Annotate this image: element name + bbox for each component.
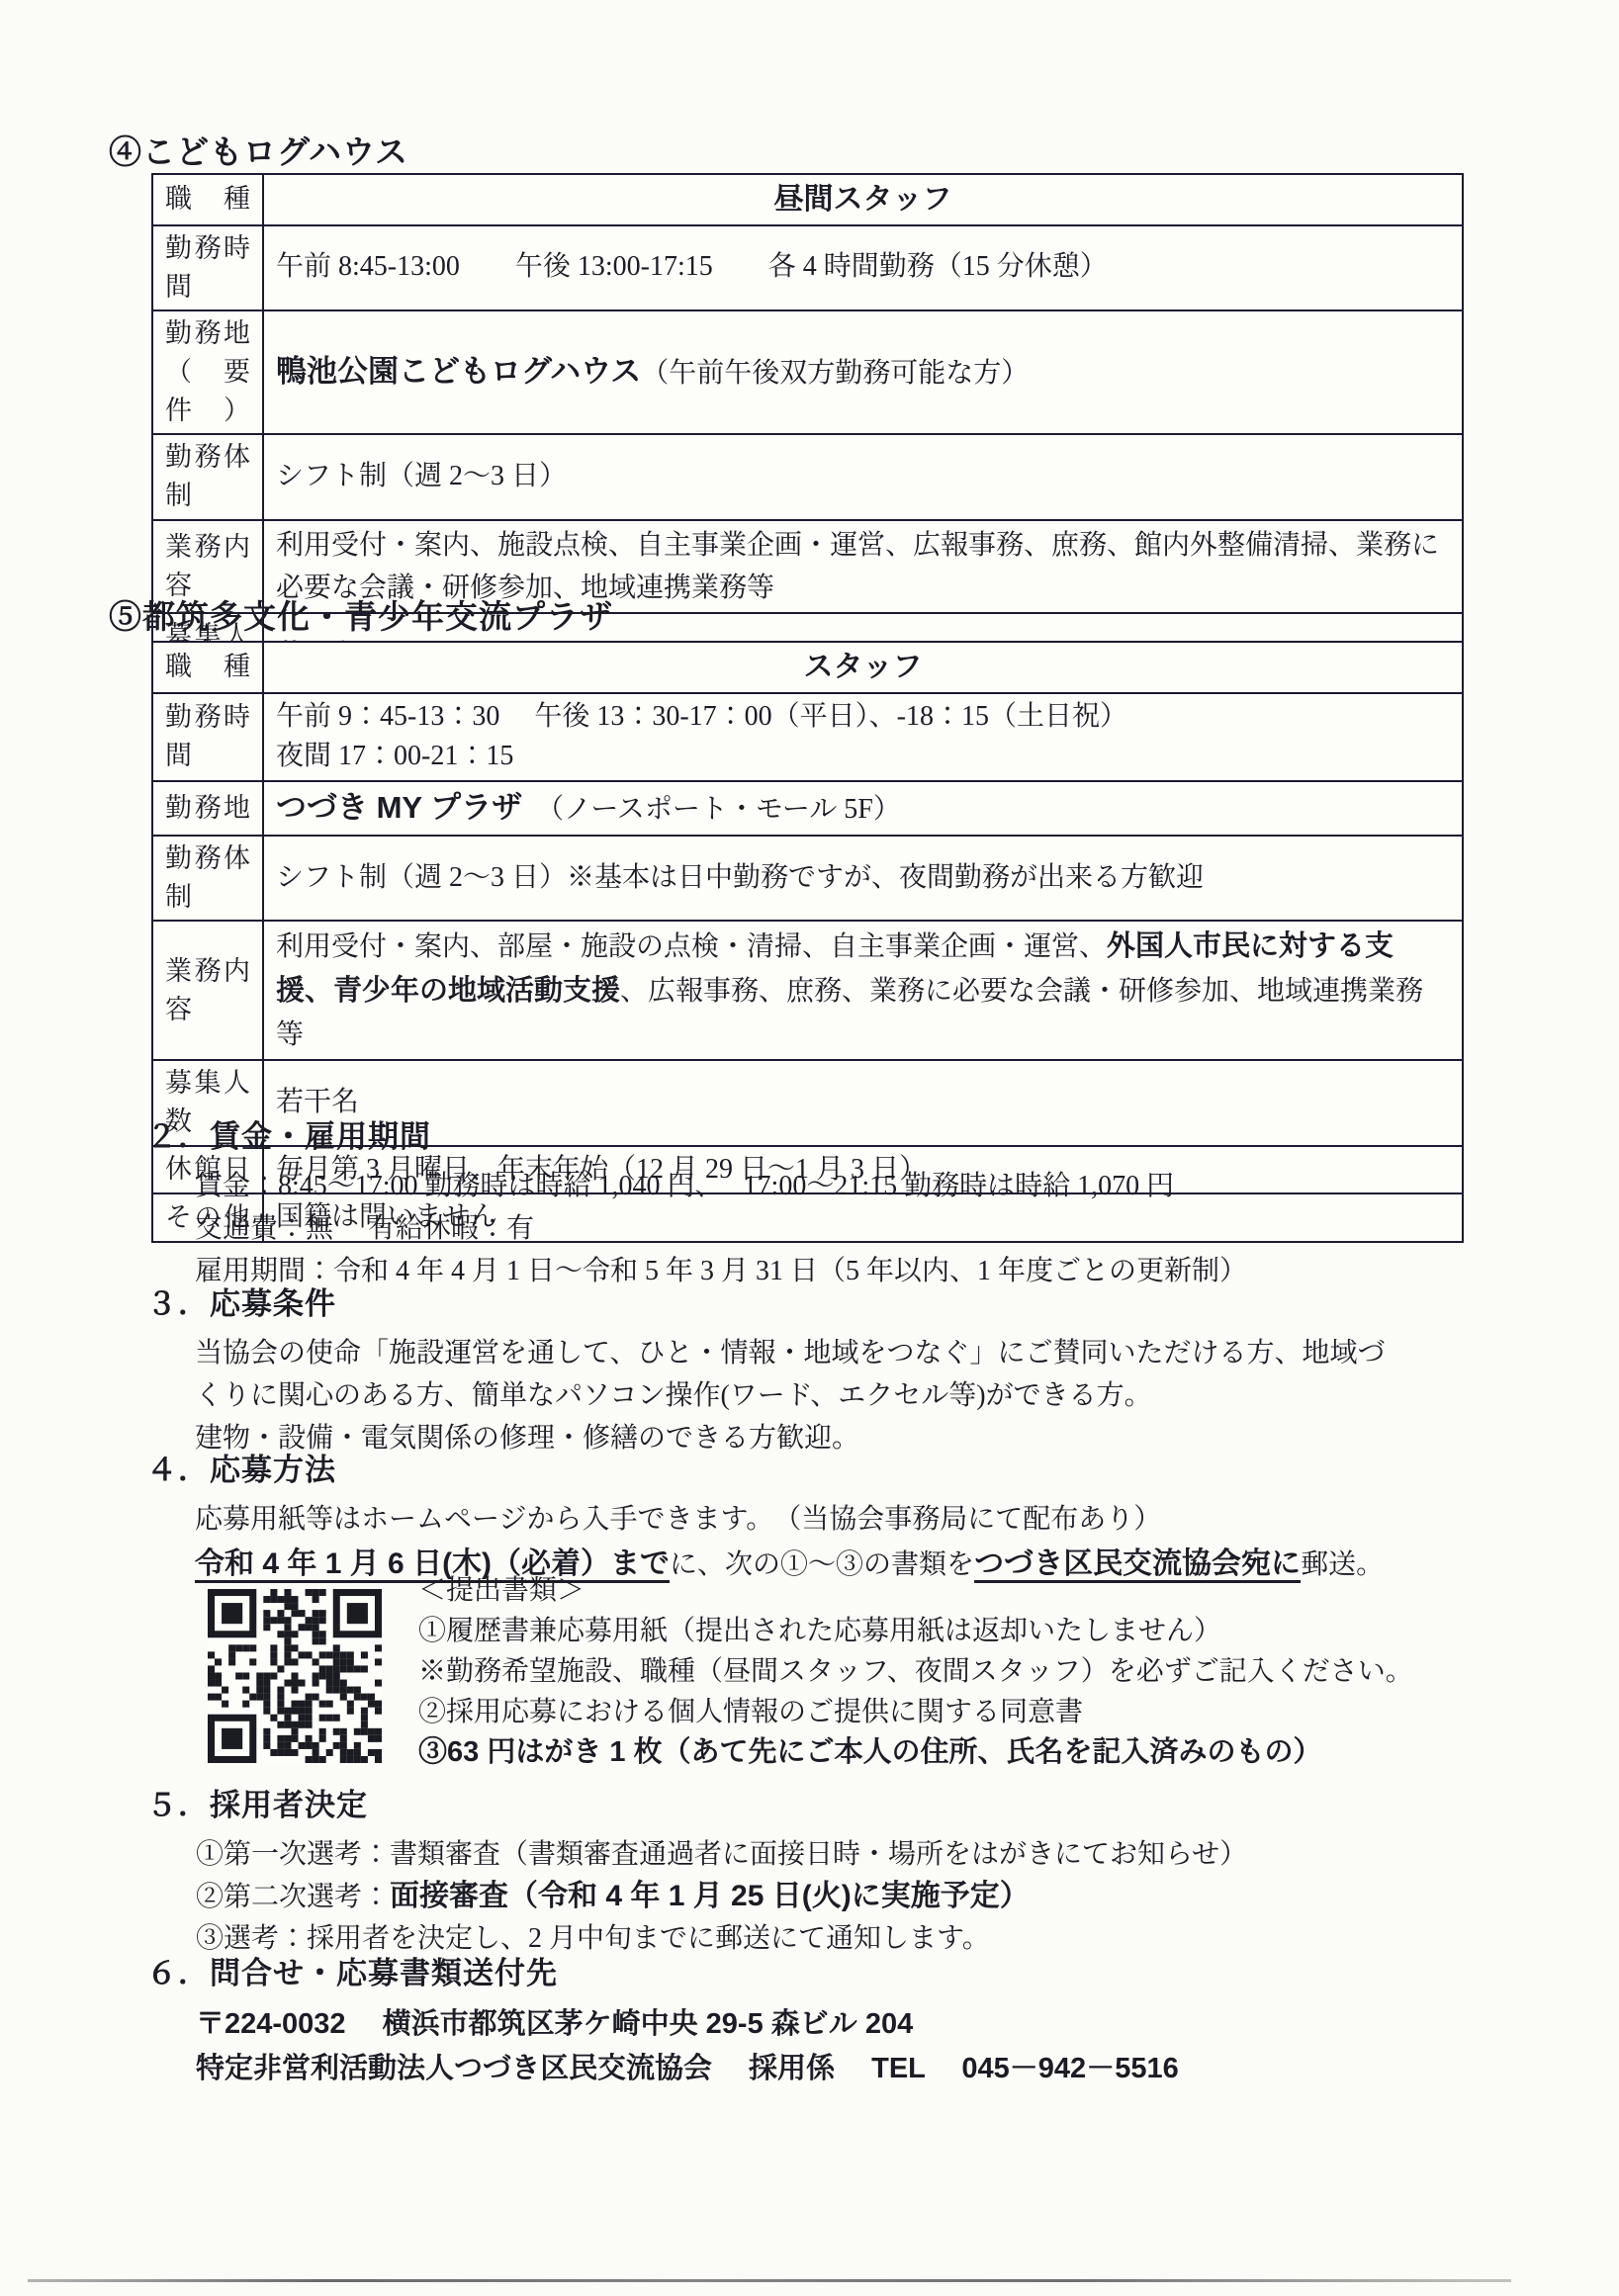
row-label: 業務内容 xyxy=(165,952,250,1029)
working-hours-value: 午前 8:45-13:00 午後 13:00-17:15 各 4 時間勤務（15… xyxy=(276,251,1108,282)
table-row: 勤務時間 午前 8:45-13:00 午後 13:00-17:15 各 4 時間… xyxy=(152,225,1463,310)
selection-step: ②第二次選考：面接審査（令和 4 年 1 月 25 日(火)に実施予定） xyxy=(196,1876,1247,1918)
documents-title: ＜提出書類＞ xyxy=(418,1570,1413,1611)
table-row: 職種 昼間スタッフ xyxy=(152,174,1463,225)
section-requirements: ３．応募条件 当協会の使命「施設運営を通して、ひと・情報・地域をつなぐ」にご賛同… xyxy=(146,1279,1385,1459)
row-label: （要件） xyxy=(165,353,250,430)
facility4-title: ④こどもログハウス xyxy=(109,127,408,173)
submission-documents: ＜提出書類＞ ①履歴書兼応募用紙（提出された応募用紙は返却いたしません） ※勤務… xyxy=(418,1570,1413,1773)
selection-step: ①第一次選考：書類審査（書類審査通過者に面接日時・場所をはがきにてお知らせ） xyxy=(196,1834,1247,1876)
row-label: 職種 xyxy=(165,648,250,686)
requirement-line: くりに関心のある方、簡単なパソコン操作(ワード、エクセル等)ができる方。 xyxy=(195,1374,1385,1417)
table-row: 勤務体制 シフト制（週 2～3 日） xyxy=(152,434,1463,519)
shift-system-value: シフト制（週 2～3 日）※基本は日中勤務ですが、夜間勤務が出来る方歓迎 xyxy=(276,862,1204,893)
section-contact-heading: ６．問合せ・応募書類送付先 xyxy=(146,1948,1179,1992)
work-location-name: 鴨池公園こどもログハウス xyxy=(276,354,641,389)
section-wages-heading: ２．賃金・雇用期間 xyxy=(146,1111,1247,1156)
transport-line: 交通費：無 有給休暇：有 xyxy=(195,1207,1247,1250)
row-label: 勤務地 xyxy=(165,314,250,353)
document-item: ②採用応募における個人情報のご提供に関する同意書 xyxy=(418,1692,1413,1732)
apply-line: 応募用紙等はホームページから入手できます。 （当協会事務局にて配布あり） xyxy=(195,1498,1384,1541)
table-row: 勤務地 （要件） 鴨池公園こどもログハウス（午前午後双方勤務可能な方） xyxy=(152,310,1463,434)
scan-edge-artifact xyxy=(28,2279,1511,2282)
work-location-note: （ノースポート・モール 5F） xyxy=(522,794,901,825)
contact-address: 〒224-0032 横浜市都筑区茅ケ崎中央 29-5 森ビル 204 xyxy=(196,2002,1179,2047)
row-label: 勤務体制 xyxy=(165,438,250,515)
facility5-title: ⑤都筑多文化・青少年交流プラザ xyxy=(109,591,613,638)
job-type-value: スタッフ xyxy=(804,651,923,683)
section-contact: ６．問合せ・応募書類送付先 〒224-0032 横浜市都筑区茅ケ崎中央 29-5… xyxy=(146,1948,1179,2091)
section-apply-heading: ４．応募方法 xyxy=(146,1445,1384,1489)
job-type-value: 昼間スタッフ xyxy=(774,183,952,216)
row-label: 勤務体制 xyxy=(165,839,250,917)
section-requirements-heading: ３．応募条件 xyxy=(146,1279,1385,1323)
document-item: ③63 円はがき 1 枚（あて先にご本人の住所、氏名を記入済みのもの） xyxy=(418,1732,1413,1773)
document-item: ①履歴書兼応募用紙（提出された応募用紙は返却いたしません） xyxy=(418,1611,1413,1651)
table-row: 勤務時間 午前 9：45-13：30 午後 13：30-17：00（平日）、-1… xyxy=(152,693,1463,781)
row-label: 勤務時間 xyxy=(165,229,250,307)
work-location-note: （午前午後双方勤務可能な方） xyxy=(641,358,1029,389)
section-selection-heading: ５．採用者決定 xyxy=(146,1780,1247,1824)
row-label: 勤務地 xyxy=(165,789,250,828)
table-row: 勤務体制 シフト制（週 2～3 日）※基本は日中勤務ですが、夜間勤務が出来る方歓… xyxy=(152,836,1463,921)
working-hours-line1: 午前 9：45-13：30 午後 13：30-17：00（平日）、-18：15（… xyxy=(276,697,1450,738)
wage-line: 賃金：8:45～17:00 勤務時は時給 1,040 円、 17:00～21:1… xyxy=(195,1165,1247,1207)
selection-step2-detail: 面接審査（令和 4 年 1 月 25 日(火)に実施予定） xyxy=(390,1880,1030,1912)
work-location-name: つづき MY プラザ xyxy=(276,790,522,825)
selection-step2-label: ②第二次選考： xyxy=(196,1882,390,1912)
row-label: 職種 xyxy=(165,180,250,219)
table-row: 勤務地 つづき MY プラザ （ノースポート・モール 5F） xyxy=(152,781,1463,836)
requirement-line: 当協会の使命「施設運営を通して、ひと・情報・地域をつなぐ」にご賛同いただける方、… xyxy=(195,1332,1385,1374)
qr-code xyxy=(208,1589,382,1763)
section-selection: ５．採用者決定 ①第一次選考：書類審査（書類審査通過者に面接日時・場所をはがきに… xyxy=(146,1780,1247,1960)
working-hours-line2: 夜間 17：00-21：15 xyxy=(276,737,1450,777)
section-wages: ２．賃金・雇用期間 賃金：8:45～17:00 勤務時は時給 1,040 円、 … xyxy=(146,1111,1247,1292)
document-note: ※勤務希望施設、職種（昼間スタッフ、夜間スタッフ）を必ずご記入ください。 xyxy=(418,1651,1413,1692)
table-row: 業務内容 利用受付・案内、部屋・施設の点検・清掃、自主事業企画・運営、外国人市民… xyxy=(152,921,1463,1060)
section-apply: ４．応募方法 応募用紙等はホームページから入手できます。 （当協会事務局にて配布… xyxy=(146,1445,1384,1589)
table-row: 職種 スタッフ xyxy=(152,642,1463,693)
contact-organization: 特定非営利活動法人つづき区民交流協会 採用係 TEL 045－942－5516 xyxy=(196,2047,1179,2091)
row-label: 勤務時間 xyxy=(165,698,250,775)
shift-system-value: シフト制（週 2～3 日） xyxy=(276,461,567,491)
job-description-pre: 利用受付・案内、部屋・施設の点検・清掃、自主事業企画・運営、 xyxy=(276,931,1107,962)
